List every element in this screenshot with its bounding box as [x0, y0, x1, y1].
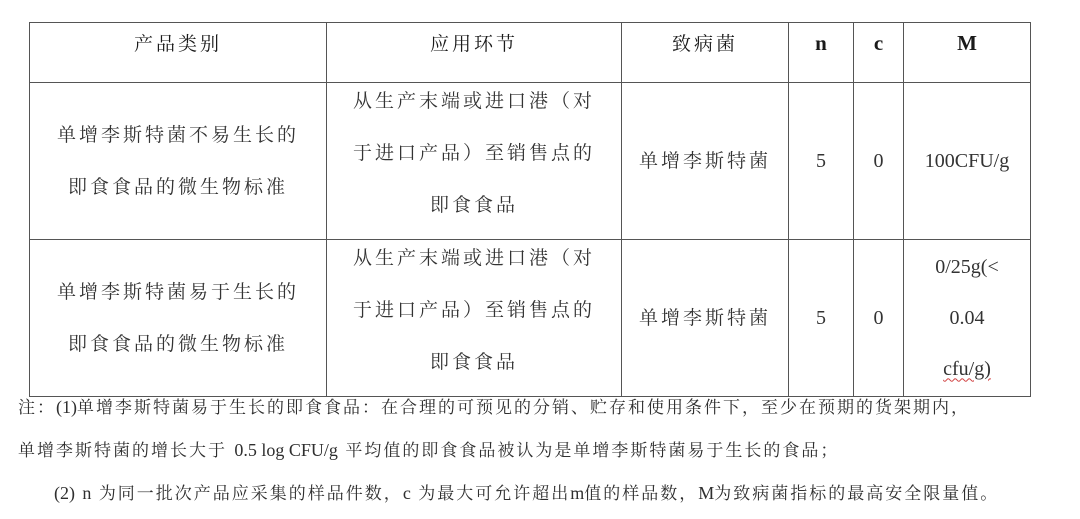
stage-line: 于进口产品）至销售点的 [327, 127, 621, 179]
note-1-line-1: 注：(1)单增李斯特菌易于生长的即食食品：在合理的可预见的分销、贮存和使用条件下… [18, 390, 1078, 433]
note-text: 为同一批次产品应采集的样品件数， [99, 484, 403, 504]
header-M: M [904, 23, 1031, 83]
header-application-stage: 应用环节 [327, 23, 622, 83]
stage-line: 从生产末端或进口港（对 [327, 75, 621, 127]
category-line: 即食食品的微生物标准 [30, 318, 326, 370]
header-product-category: 产品类别 [30, 23, 327, 83]
application-stage-cell: 从生产末端或进口港（对 于进口产品）至销售点的 即食食品 [327, 240, 622, 397]
M-line: 0/25g(< [904, 242, 1030, 293]
table-notes: 注：(1)单增李斯特菌易于生长的即食食品：在合理的可预见的分销、贮存和使用条件下… [18, 390, 1078, 519]
M-value-cell: 0/25g(< 0.04 cfu/g) [904, 240, 1031, 397]
table-header-row: 产品类别 应用环节 致病菌 n c M [30, 23, 1031, 83]
application-stage-cell: 从生产末端或进口港（对 于进口产品）至销售点的 即食食品 [327, 83, 622, 240]
note-text: 单增李斯特菌的增长大于 [18, 441, 227, 461]
note-symbol: c [403, 483, 411, 503]
note-text: 为最大可允许超出 [418, 484, 570, 504]
pathogen-cell: 单增李斯特菌 [622, 240, 789, 397]
table-row: 单增李斯特菌易于生长的 即食食品的微生物标准 从生产末端或进口港（对 于进口产品… [30, 240, 1031, 397]
microbiological-standards-table: 产品类别 应用环节 致病菌 n c M 单增李斯特菌不易生长的 即食食品的微生物… [29, 22, 1031, 397]
n-value-cell: 5 [789, 83, 854, 240]
header-pathogen: 致病菌 [622, 23, 789, 83]
product-category-cell: 单增李斯特菌易于生长的 即食食品的微生物标准 [30, 240, 327, 397]
stage-line: 即食食品 [327, 336, 621, 388]
header-c: c [854, 23, 904, 83]
stage-line: 于进口产品）至销售点的 [327, 284, 621, 336]
M-line: 100CFU/g [904, 136, 1030, 187]
note-prefix: 注： [18, 398, 56, 418]
c-value-cell: 0 [854, 240, 904, 397]
stage-line: 从生产末端或进口港（对 [327, 232, 621, 284]
stage-line: 即食食品 [327, 179, 621, 231]
note-2: (2) n 为同一批次产品应采集的样品件数，c 为最大可允许超出m值的样品数，M… [18, 476, 1078, 519]
note-unit: 0.5 log CFU/g [234, 440, 338, 460]
note-symbol: m [570, 483, 584, 503]
M-line-spellcheck-underlined: cfu/g) [904, 344, 1030, 395]
M-line: 0.04 [904, 293, 1030, 344]
note-text: 为致病菌指标的最高安全限量值。 [714, 484, 999, 504]
note-symbol: n [82, 483, 91, 503]
note-text: 平均值的即食食品被认为是单增李斯特菌易于生长的食品； [345, 441, 839, 461]
category-line: 单增李斯特菌不易生长的 [30, 109, 326, 161]
note-number: (1) [56, 397, 77, 417]
pathogen-cell: 单增李斯特菌 [622, 83, 789, 240]
n-value-cell: 5 [789, 240, 854, 397]
header-n: n [789, 23, 854, 83]
M-value-cell: 100CFU/g [904, 83, 1031, 240]
note-text: 值的样品数， [584, 484, 698, 504]
table-row: 单增李斯特菌不易生长的 即食食品的微生物标准 从生产末端或进口港（对 于进口产品… [30, 83, 1031, 240]
category-line: 单增李斯特菌易于生长的 [30, 266, 326, 318]
c-value-cell: 0 [854, 83, 904, 240]
note-symbol: M [698, 483, 714, 503]
product-category-cell: 单增李斯特菌不易生长的 即食食品的微生物标准 [30, 83, 327, 240]
note-1-line-2: 单增李斯特菌的增长大于 0.5 log CFU/g 平均值的即食食品被认为是单增… [18, 433, 1078, 476]
note-text: 单增李斯特菌易于生长的即食食品：在合理的可预见的分销、贮存和使用条件下，至少在预… [77, 398, 970, 418]
category-line: 即食食品的微生物标准 [30, 161, 326, 213]
note-number: (2) [54, 483, 75, 503]
